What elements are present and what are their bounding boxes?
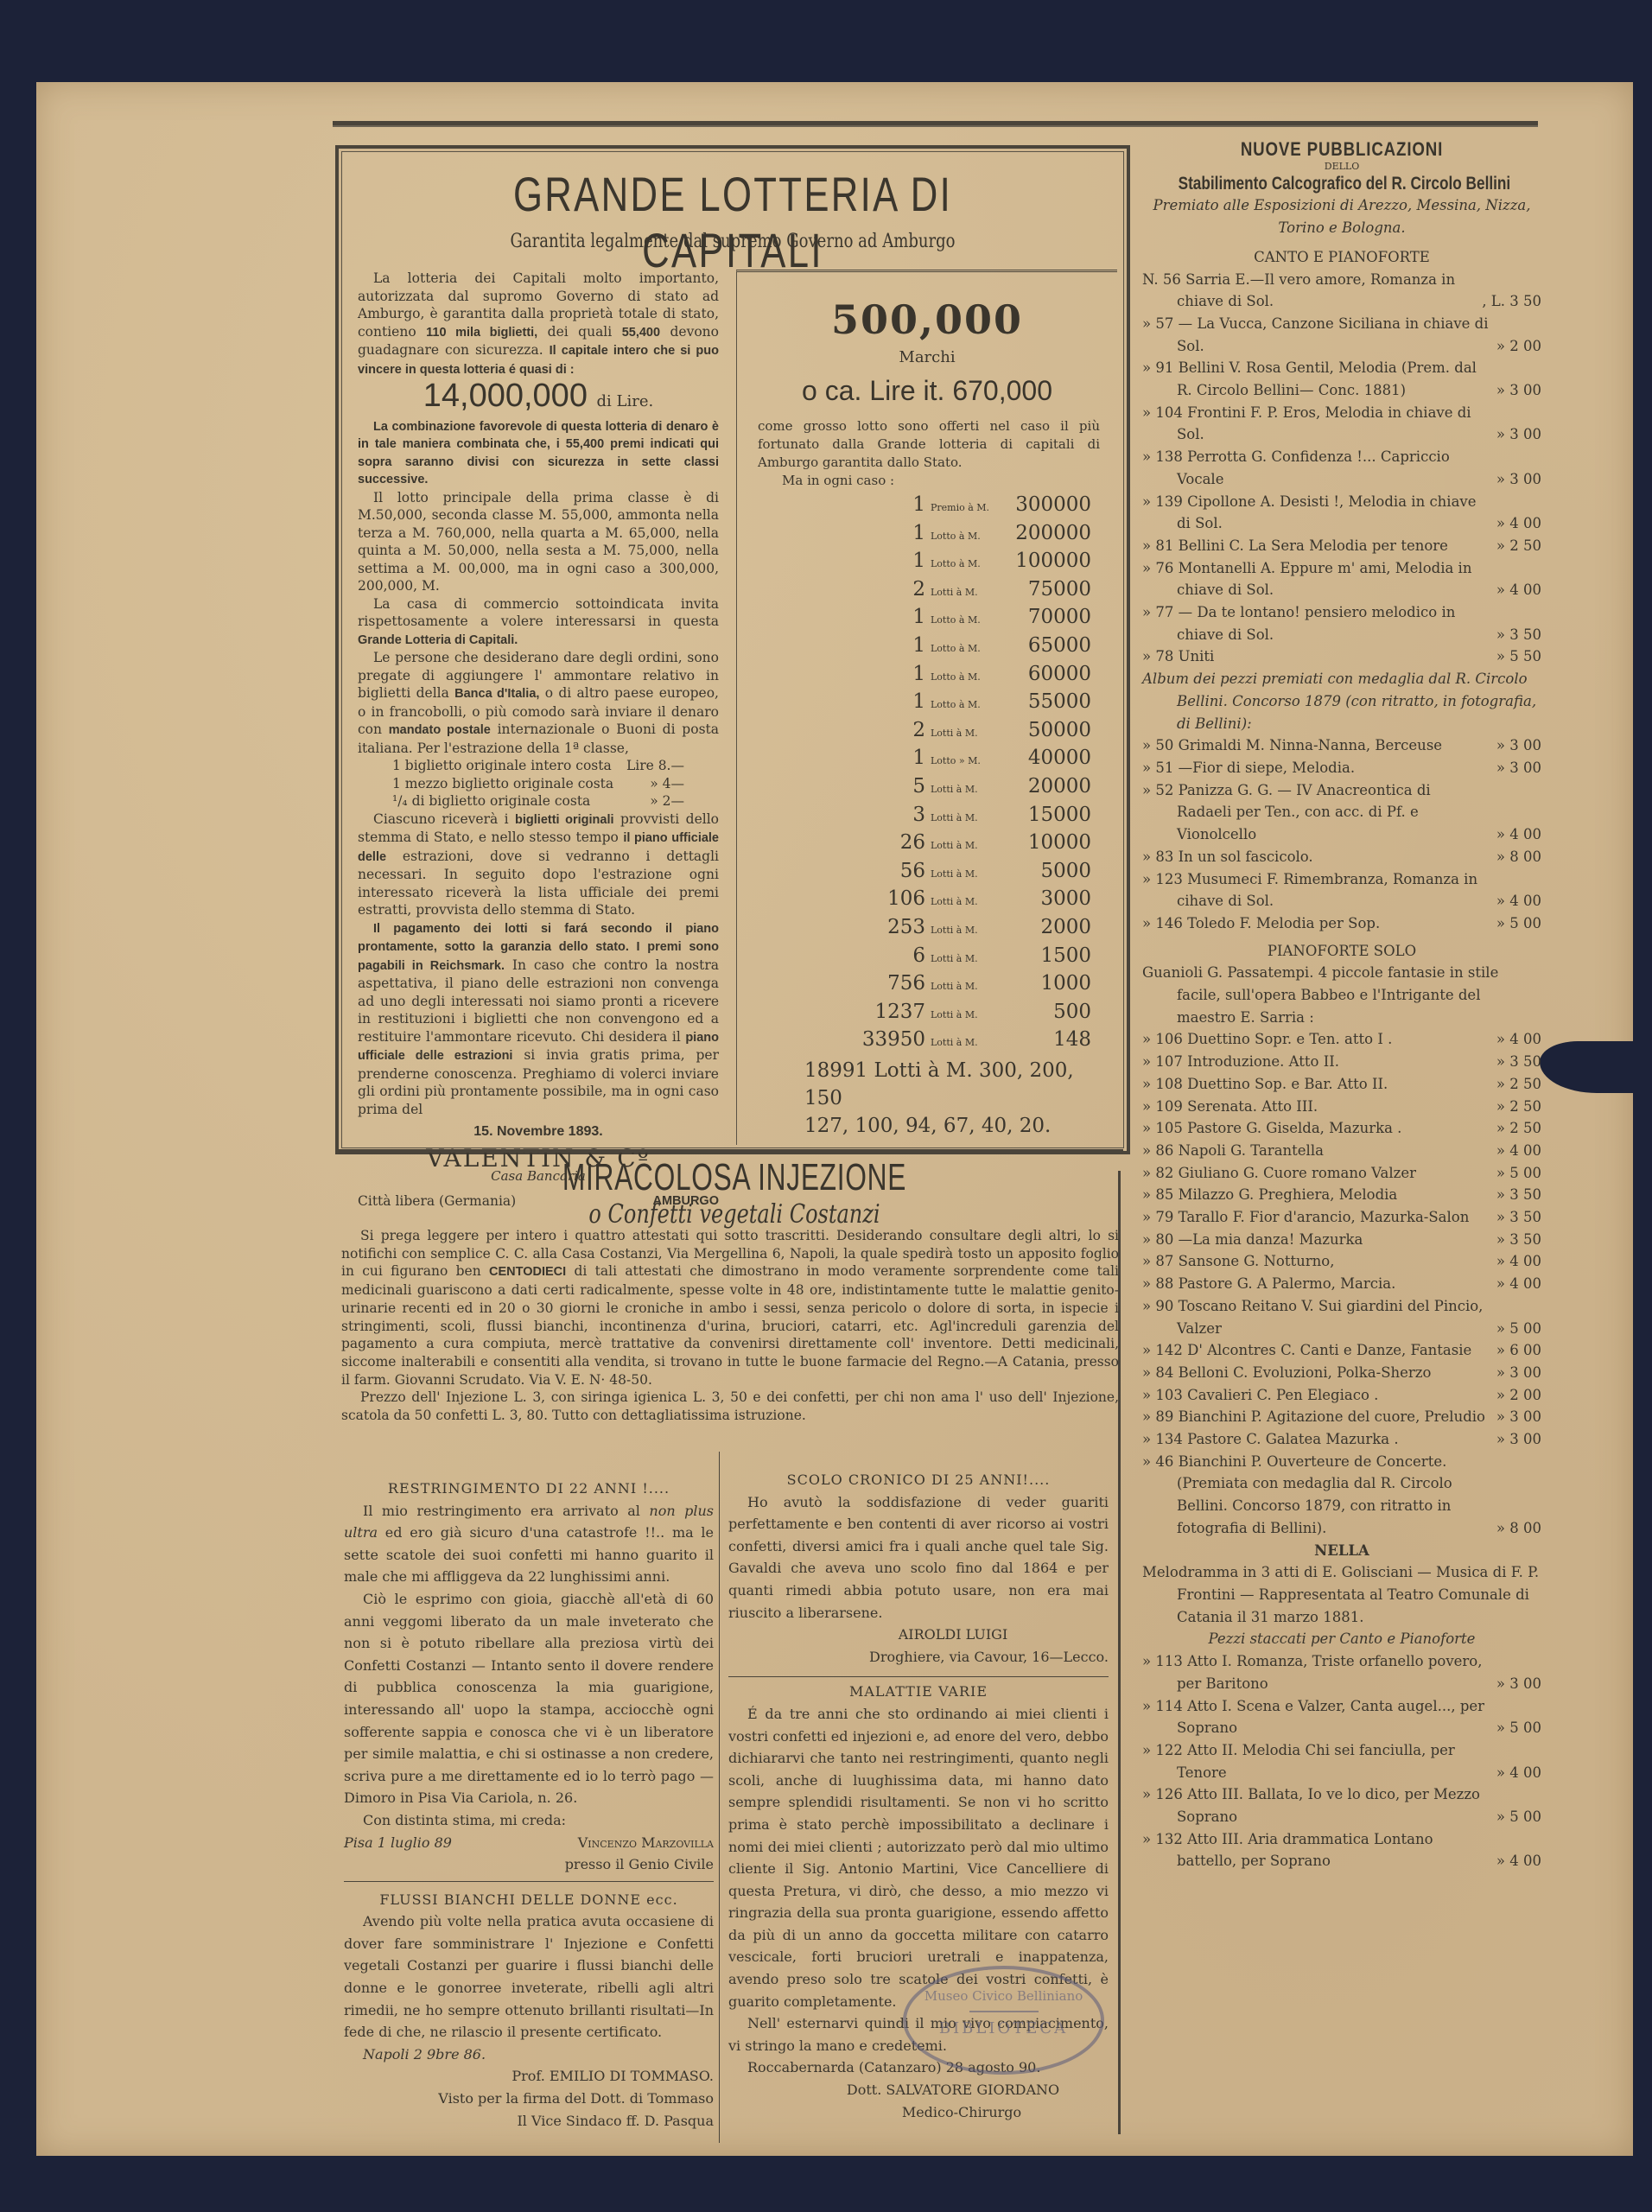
prize-value: 10000 xyxy=(1005,831,1091,854)
catalog-title: Sarria E.—Il vero amore, Romanza in chia… xyxy=(1177,271,1455,310)
prize-row: 5Lotti à M.20000 xyxy=(737,775,1117,804)
catalog-item: » 85 Milazzo G. Preghiera, Melodia» 3 50 xyxy=(1142,1184,1541,1206)
catalog-title: Duettino Sopr. e Ten. atto I . xyxy=(1187,1031,1392,1047)
prize-unit: Lotti à M. xyxy=(925,840,1005,851)
catalog-title: Serenata. Atto III. xyxy=(1187,1098,1318,1115)
catalog-item-text: » 126 Atto III. Ballata, Io ve lo dico, … xyxy=(1142,1783,1490,1827)
catalog-number: » 142 xyxy=(1142,1342,1183,1358)
catalog-price: » 8 00 xyxy=(1490,1517,1541,1540)
catalog-item: » 90 Toscano Reitano V. Sui giardini del… xyxy=(1142,1295,1541,1339)
prize-count: 253 xyxy=(737,916,925,938)
canto-list: N. 56 Sarria E.—Il vero amore, Romanza i… xyxy=(1142,269,1541,669)
prize-value: 200000 xyxy=(1005,522,1091,544)
prize-row: 253Lotti à M.2000 xyxy=(737,916,1117,944)
catalog-item: » 105 Pastore G. Giselda, Mazurka .» 2 5… xyxy=(1142,1117,1541,1140)
catalog-number: » 78 xyxy=(1142,648,1173,664)
price-row: ¹/₄ di biglietto originale costa» 2— xyxy=(358,792,719,810)
prize-count: 1 xyxy=(737,747,925,769)
catalog-number: » 50 xyxy=(1142,737,1173,753)
prize-value: 55000 xyxy=(1005,690,1091,713)
prize-unit: Lotto à M. xyxy=(925,614,1005,626)
prize-unit: Lotto à M. xyxy=(925,699,1005,710)
prize-row: 1Lotto à M.65000 xyxy=(737,634,1117,663)
prize-unit: Lotti à M. xyxy=(925,925,1005,936)
catalog-item: » 103 Cavalieri C. Pen Elegiaco .» 2 00 xyxy=(1142,1384,1541,1407)
catalog-price: » 3 50 xyxy=(1490,1184,1541,1206)
catalog-price: » 4 00 xyxy=(1490,823,1541,846)
catalog-title: — La Vucca, Canzone Siciliana in chiave … xyxy=(1177,315,1489,354)
catalog-item-text: » 106 Duettino Sopr. e Ten. atto I . xyxy=(1142,1028,1490,1051)
prize-row: 2Lotti à M.50000 xyxy=(737,719,1117,747)
catalog-number: » 57 xyxy=(1142,315,1173,332)
catalog-item-text: » 78 Uniti xyxy=(1142,645,1490,668)
tear-damage xyxy=(1540,1041,1635,1093)
prize-value: 65000 xyxy=(1005,634,1091,657)
prize-unit: Premio à M. xyxy=(925,502,1005,513)
catalog-number: » 77 xyxy=(1142,604,1173,620)
catalog-item-text: » 123 Musumeci F. Rimembranza, Romanza i… xyxy=(1142,868,1490,912)
catalog-title: Milazzo G. Preghiera, Melodia xyxy=(1179,1186,1398,1203)
catalog-title: Perrotta G. Confidenza !... Capriccio Vo… xyxy=(1177,448,1450,487)
lottery-prize-column: 500,000 Marchi o ca. Lire it. 670,000 co… xyxy=(736,270,1117,1145)
catalog-price: » 3 00 xyxy=(1490,1406,1541,1428)
catalog-price: » 3 00 xyxy=(1490,468,1541,491)
catalog-item-text: » 114 Atto I. Scena e Valzer, Canta auge… xyxy=(1142,1695,1490,1739)
prize-value: 15000 xyxy=(1005,804,1091,826)
catalog-item-text: » 104 Frontini F. P. Eros, Melodia in ch… xyxy=(1142,402,1490,446)
catalog-number: » 76 xyxy=(1142,560,1173,576)
catalog-item-text: » 89 Bianchini P. Agitazione del cuore, … xyxy=(1142,1406,1490,1428)
catalog-number: » 85 xyxy=(1142,1186,1173,1203)
catalog-number: » 107 xyxy=(1142,1053,1183,1070)
library-stamp: Museo Civico Belliniano BIBLIOTECA xyxy=(903,1966,1104,2075)
catalog-item-text: » 122 Atto II. Melodia Chi sei fanciulla… xyxy=(1142,1739,1490,1783)
catalog-number: » 81 xyxy=(1142,537,1173,554)
catalog-item: » 104 Frontini F. P. Eros, Melodia in ch… xyxy=(1142,402,1541,446)
catalog-item-text: » 76 Montanelli A. Eppure m' ami, Melodi… xyxy=(1142,557,1490,601)
lottery-subtitle: Garantita legalmente dal supremo Governo… xyxy=(410,231,1056,252)
catalog-item: » 123 Musumeci F. Rimembranza, Romanza i… xyxy=(1142,868,1541,912)
catalog-price: » 2 50 xyxy=(1490,1096,1541,1118)
prize-unit: Lotto à M. xyxy=(925,531,1005,542)
catalog-item-text: » 77 — Da te lontano! pensiero melodico … xyxy=(1142,601,1490,645)
prize-value: 20000 xyxy=(1005,775,1091,798)
catalog-item: » 126 Atto III. Ballata, Io ve lo dico, … xyxy=(1142,1783,1541,1827)
catalog-title: Atto I. Scena e Valzer, Canta augel..., … xyxy=(1177,1698,1484,1737)
catalog-title: Musumeci F. Rimembranza, Romanza in ciha… xyxy=(1177,871,1477,910)
catalog-item: » 134 Pastore C. Galatea Mazurka .» 3 00 xyxy=(1142,1428,1541,1451)
catalog-title: Bellini V. Rosa Gentil, Melodia (Prem. d… xyxy=(1177,359,1477,398)
catalog-number: » 103 xyxy=(1142,1387,1183,1403)
prize-count: 3 xyxy=(737,804,925,826)
catalog-price: » 5 00 xyxy=(1490,1717,1541,1739)
catalog-item-text: » 88 Pastore G. A Palermo, Marcia. xyxy=(1142,1273,1490,1295)
catalog-item-text: » 139 Cipollone A. Desisti !, Melodia in… xyxy=(1142,491,1490,535)
catalog-price: » 4 00 xyxy=(1490,1850,1541,1872)
catalog-item: N. 56 Sarria E.—Il vero amore, Romanza i… xyxy=(1142,269,1541,313)
catalog-item: » 106 Duettino Sopr. e Ten. atto I .» 4 … xyxy=(1142,1028,1541,1051)
catalog-number: » 123 xyxy=(1142,871,1183,887)
catalog-title: Pastore G. A Palermo, Marcia. xyxy=(1179,1275,1396,1292)
prize-value: 75000 xyxy=(1005,578,1091,601)
catalog-price: » 3 50 xyxy=(1490,1229,1541,1251)
prize-value: 2000 xyxy=(1005,916,1091,938)
prize-count: 1 xyxy=(737,550,925,572)
catalog-price: » 3 00 xyxy=(1490,1673,1541,1695)
catalog-item: » 122 Atto II. Melodia Chi sei fanciulla… xyxy=(1142,1739,1541,1783)
catalog-title: Introduzione. Atto II. xyxy=(1187,1053,1339,1070)
prize-count: 6 xyxy=(737,944,925,967)
prize-value: 5000 xyxy=(1005,860,1091,882)
catalog-number: » 80 xyxy=(1142,1231,1173,1248)
prize-row: 106Lotti à M.3000 xyxy=(737,887,1117,916)
catalog-number: » 138 xyxy=(1142,448,1183,465)
catalog-title: Giuliano G. Cuore romano Valzer xyxy=(1179,1165,1416,1181)
catalog-item-text: » 132 Atto III. Aria drammatica Lontano … xyxy=(1142,1828,1490,1872)
prize-row: 33950Lotti à M.148 xyxy=(737,1028,1117,1057)
catalog-number: N. 56 xyxy=(1142,271,1181,288)
catalog-price: » 3 00 xyxy=(1490,1428,1541,1451)
catalog-item: » 84 Belloni C. Evoluzioni, Polka-Sherzo… xyxy=(1142,1362,1541,1384)
catalog-item: » 132 Atto III. Aria drammatica Lontano … xyxy=(1142,1828,1541,1872)
prize-value: 60000 xyxy=(1005,663,1091,685)
catalog-price: » 2 00 xyxy=(1490,335,1541,358)
catalog-item: » 46 Bianchini P. Ouverteure de Concerte… xyxy=(1142,1451,1541,1540)
prize-unit: Lotti à M. xyxy=(925,953,1005,964)
catalog-item-text: » 105 Pastore G. Giselda, Mazurka . xyxy=(1142,1117,1490,1140)
catalog-item: » 52 Panizza G. G. — IV Anacreontica di … xyxy=(1142,779,1541,846)
catalog-item-text: » 103 Cavalieri C. Pen Elegiaco . xyxy=(1142,1384,1490,1407)
prize-count: 106 xyxy=(737,887,925,910)
prize-unit: Lotti à M. xyxy=(925,1037,1005,1048)
prize-unit: Lotti à M. xyxy=(925,728,1005,739)
catalog-price: » 3 00 xyxy=(1490,757,1541,779)
catalog-title: Cavalieri C. Pen Elegiaco . xyxy=(1187,1387,1378,1403)
catalog-price: » 5 00 xyxy=(1490,1318,1541,1340)
catalog-number: » 87 xyxy=(1142,1253,1173,1269)
catalog-item: » 50 Grimaldi M. Ninna-Nanna, Berceuse» … xyxy=(1142,734,1541,757)
catalog-number: » 104 xyxy=(1142,404,1183,421)
catalog-price: » 2 00 xyxy=(1490,1384,1541,1407)
prize-row: 756Lotti à M.1000 xyxy=(737,972,1117,1001)
catalog-item-text: » 82 Giuliano G. Cuore romano Valzer xyxy=(1142,1162,1490,1185)
prize-count: 1 xyxy=(737,606,925,628)
catalog-number: » 134 xyxy=(1142,1431,1183,1447)
catalog-item: » 109 Serenata. Atto III.» 2 50 xyxy=(1142,1096,1541,1118)
prize-unit: Lotti à M. xyxy=(925,868,1005,880)
prize-row: 1Lotto » M.40000 xyxy=(737,747,1117,775)
catalog-title: Uniti xyxy=(1179,648,1215,664)
lottery-advertisement: GRANDE LOTTERIA DI CAPITALI Garantita le… xyxy=(335,145,1130,1154)
catalog-item: » 91 Bellini V. Rosa Gentil, Melodia (Pr… xyxy=(1142,357,1541,401)
prize-unit: Lotti à M. xyxy=(925,812,1005,823)
catalog-price: » 4 00 xyxy=(1490,1273,1541,1295)
catalog-title: Pastore G. Giselda, Mazurka . xyxy=(1187,1120,1401,1136)
catalog-number: » 126 xyxy=(1142,1786,1183,1802)
catalog-title: Frontini F. P. Eros, Melodia in chiave d… xyxy=(1177,404,1471,443)
prize-row: 26Lotti à M.10000 xyxy=(737,831,1117,860)
jackpot: 500,000 xyxy=(737,296,1117,343)
catalog-item: » 79 Tarallo F. Fior d'arancio, Mazurka-… xyxy=(1142,1206,1541,1229)
catalog-title: Montanelli A. Eppure m' ami, Melodia in … xyxy=(1177,560,1471,599)
catalog-number: » 83 xyxy=(1142,849,1173,865)
catalog-item-text: » 83 In un sol fascicolo. xyxy=(1142,846,1490,868)
catalog-number: » 108 xyxy=(1142,1076,1183,1092)
price-row: 1 biglietto originale intero costaLire 8… xyxy=(358,757,719,775)
catalog-item-text: N. 56 Sarria E.—Il vero amore, Romanza i… xyxy=(1142,269,1475,313)
prize-unit: Lotto à M. xyxy=(925,643,1005,654)
catalog-title: Cipollone A. Desisti !, Melodia in chiav… xyxy=(1177,493,1477,532)
price-row: 1 mezzo biglietto originale costa» 4— xyxy=(358,775,719,793)
miracolosa-intro: Si prega leggere per intero i quattro at… xyxy=(341,1227,1119,1425)
catalog-item-text: » 57 — La Vucca, Canzone Siciliana in ch… xyxy=(1142,313,1490,357)
catalog-item-text: » 79 Tarallo F. Fior d'arancio, Mazurka-… xyxy=(1142,1206,1490,1229)
prize-count: 1 xyxy=(737,634,925,657)
catalog-price: » 4 00 xyxy=(1490,890,1541,912)
catalog-title: Pastore C. Galatea Mazurka . xyxy=(1187,1431,1399,1447)
catalog-item: » 78 Uniti» 5 50 xyxy=(1142,645,1541,668)
catalog-price: » 3 00 xyxy=(1490,734,1541,757)
catalog-item: » 88 Pastore G. A Palermo, Marcia.» 4 00 xyxy=(1142,1273,1541,1295)
prize-count: 1 xyxy=(737,493,925,516)
catalog-item-text: » 109 Serenata. Atto III. xyxy=(1142,1096,1490,1118)
catalog-item-text: » 85 Milazzo G. Preghiera, Melodia xyxy=(1142,1184,1490,1206)
catalog-item: » 77 — Da te lontano! pensiero melodico … xyxy=(1142,601,1541,645)
catalog-item-text: » 87 Sansone G. Notturno, xyxy=(1142,1250,1490,1273)
catalog-item-text: » 138 Perrotta G. Confidenza !... Capric… xyxy=(1142,446,1490,490)
catalog-item: » 146 Toledo F. Melodia per Sop.» 5 00 xyxy=(1142,912,1541,935)
catalog-price: , L. 3 50 xyxy=(1475,290,1541,313)
catalog-title: Bianchini P. Agitazione del cuore, Prelu… xyxy=(1179,1408,1485,1425)
catalog-price: » 4 00 xyxy=(1490,579,1541,601)
catalog-title: Bianchini P. Ouverteure de Concerte. (Pr… xyxy=(1177,1453,1452,1536)
prize-unit: Lotti à M. xyxy=(925,784,1005,795)
prize-value: 50000 xyxy=(1005,719,1091,741)
prize-count: 2 xyxy=(737,578,925,601)
catalog-item-text: » 142 D' Alcontres C. Canti e Danze, Fan… xyxy=(1142,1339,1490,1362)
catalog-title: Atto II. Melodia Chi sei fanciulla, per … xyxy=(1177,1742,1455,1781)
catalog-item: » 138 Perrotta G. Confidenza !... Capric… xyxy=(1142,446,1541,490)
lottery-left-column: La lotteria dei Capitali molto important… xyxy=(358,270,719,1210)
prize-count: 1 xyxy=(737,522,925,544)
catalog-number: » 86 xyxy=(1142,1142,1173,1159)
catalog-price: » 3 00 xyxy=(1490,379,1541,402)
prize-unit: Lotto à M. xyxy=(925,671,1005,683)
catalog-title: Atto I. Romanza, Triste orfanello povero… xyxy=(1177,1653,1482,1692)
prize-unit: Lotti à M. xyxy=(925,1009,1005,1020)
catalog-number: » 79 xyxy=(1142,1209,1173,1225)
catalog-title: In un sol fascicolo. xyxy=(1179,849,1313,865)
catalog-item: » 82 Giuliano G. Cuore romano Valzer» 5 … xyxy=(1142,1162,1541,1185)
prize-row: 56Lotti à M.5000 xyxy=(737,860,1117,888)
prize-value: 1500 xyxy=(1005,944,1091,967)
catalog-title: Belloni C. Evoluzioni, Polka-Sherzo xyxy=(1179,1364,1432,1381)
prize-unit: Lotto » M. xyxy=(925,755,1005,766)
catalog-item: » 107 Introduzione. Atto II.» 3 50 xyxy=(1142,1051,1541,1073)
prize-row: 1Lotto à M.100000 xyxy=(737,550,1117,578)
catalog-item-text: » 86 Napoli G. Tarantella xyxy=(1142,1140,1490,1162)
prize-count: 756 xyxy=(737,972,925,995)
prize-unit: Lotti à M. xyxy=(925,981,1005,992)
prize-row: 6Lotti à M.1500 xyxy=(737,944,1117,973)
catalog-item-text: » 84 Belloni C. Evoluzioni, Polka-Sherzo xyxy=(1142,1362,1490,1384)
prize-value: 1000 xyxy=(1005,972,1091,995)
catalog-title: Toscano Reitano V. Sui giardini del Pinc… xyxy=(1177,1298,1483,1337)
catalog-price: » 4 00 xyxy=(1490,1140,1541,1162)
prize-value: 500 xyxy=(1005,1001,1091,1023)
catalog-number: » 106 xyxy=(1142,1031,1183,1047)
catalog-title: — Da te lontano! pensiero melodico in ch… xyxy=(1177,604,1455,643)
catalog-item: » 51 —Fior di siepe, Melodia.» 3 00 xyxy=(1142,757,1541,779)
catalog-title: Panizza G. G. — IV Anacreontica di Radae… xyxy=(1177,782,1431,842)
column-rule xyxy=(719,1452,720,2143)
total-amount: 14,000,000 di Lire. xyxy=(358,387,719,411)
prize-count: 5 xyxy=(737,775,925,798)
catalog-item-text: » 51 —Fior di siepe, Melodia. xyxy=(1142,757,1490,779)
catalog-item: » 113 Atto I. Romanza, Triste orfanello … xyxy=(1142,1650,1541,1694)
catalog-price: » 3 00 xyxy=(1490,423,1541,446)
catalog-title: Grimaldi M. Ninna-Nanna, Berceuse xyxy=(1179,737,1442,753)
prize-count: 1237 xyxy=(737,1001,925,1023)
prize-row: 1Lotto à M.60000 xyxy=(737,663,1117,691)
prize-value: 300000 xyxy=(1005,493,1091,516)
catalog-item-text: » 113 Atto I. Romanza, Triste orfanello … xyxy=(1142,1650,1490,1694)
publications-column: NUOVE PUBBLICAZIONI DELLO Stabilimento C… xyxy=(1142,138,1541,1872)
prize-row: 1Premio à M.300000 xyxy=(737,493,1117,522)
catalog-number: » 88 xyxy=(1142,1275,1173,1292)
catalog-title: —La mia danza! Mazurka xyxy=(1179,1231,1363,1248)
catalog-title: Sansone G. Notturno, xyxy=(1179,1253,1335,1269)
catalog-item-text: » 90 Toscano Reitano V. Sui giardini del… xyxy=(1142,1295,1490,1339)
catalog-number: » 146 xyxy=(1142,915,1183,931)
catalog-item-text: » 108 Duettino Sop. e Bar. Atto II. xyxy=(1142,1073,1490,1096)
deadline: 15. Novembre 1893. xyxy=(358,1123,719,1141)
catalog-number: » 113 xyxy=(1142,1653,1183,1669)
prize-count: 1 xyxy=(737,690,925,713)
catalog-number: » 51 xyxy=(1142,760,1173,776)
catalog-price: » 4 00 xyxy=(1490,1250,1541,1273)
catalog-item-text: » 46 Bianchini P. Ouverteure de Concerte… xyxy=(1142,1451,1490,1540)
prize-table: 1Premio à M.3000001Lotto à M.2000001Lott… xyxy=(737,493,1117,1057)
catalog-item: » 57 — La Vucca, Canzone Siciliana in ch… xyxy=(1142,313,1541,357)
catalog-item-text: » 134 Pastore C. Galatea Mazurka . xyxy=(1142,1428,1490,1451)
prize-count: 56 xyxy=(737,860,925,882)
catalog-title: Duettino Sop. e Bar. Atto II. xyxy=(1187,1076,1388,1092)
prize-value: 148 xyxy=(1005,1028,1091,1051)
catalog-item: » 76 Montanelli A. Eppure m' ami, Melodi… xyxy=(1142,557,1541,601)
catalog-item-text: » 80 —La mia danza! Mazurka xyxy=(1142,1229,1490,1251)
catalog-item: » 81 Bellini C. La Sera Melodia per teno… xyxy=(1142,535,1541,557)
catalog-item-text: » 50 Grimaldi M. Ninna-Nanna, Berceuse xyxy=(1142,734,1490,757)
catalog-price: » 3 50 xyxy=(1490,1051,1541,1073)
catalog-item: » 80 —La mia danza! Mazurka» 3 50 xyxy=(1142,1229,1541,1251)
catalog-number: » 91 xyxy=(1142,359,1173,376)
prize-value: 70000 xyxy=(1005,606,1091,628)
testimonials-left: RESTRINGIMENTO DI 22 ANNI !.... Il mio r… xyxy=(344,1478,714,2132)
nella-list: » 113 Atto I. Romanza, Triste orfanello … xyxy=(1142,1650,1541,1872)
catalog-number: » 46 xyxy=(1142,1453,1173,1470)
catalog-title: Toledo F. Melodia per Sop. xyxy=(1187,915,1380,931)
miracolosa-subtitle: o Confetti vegetali Costanzi xyxy=(416,1199,1052,1230)
prize-row: 1Lotto à M.55000 xyxy=(737,690,1117,719)
catalog-price: » 4 00 xyxy=(1490,1762,1541,1784)
catalog-item: » 89 Bianchini P. Agitazione del cuore, … xyxy=(1142,1406,1541,1428)
catalog-price: » 3 50 xyxy=(1490,1206,1541,1229)
catalog-number: » 114 xyxy=(1142,1698,1183,1714)
catalog-number: » 132 xyxy=(1142,1831,1183,1847)
prize-unit: Lotti à M. xyxy=(925,587,1005,598)
top-rule xyxy=(333,121,1538,127)
catalog-number: » 105 xyxy=(1142,1120,1183,1136)
catalog-number: » 139 xyxy=(1142,493,1183,510)
catalog-price: » 5 00 xyxy=(1490,1806,1541,1828)
catalog-number: » 122 xyxy=(1142,1742,1183,1758)
catalog-title: Atto III. Ballata, Io ve lo dico, per Me… xyxy=(1177,1786,1480,1825)
catalog-number: » 84 xyxy=(1142,1364,1173,1381)
prize-count: 33950 xyxy=(737,1028,925,1051)
prize-row: 1Lotto à M.70000 xyxy=(737,606,1117,634)
catalog-item: » 139 Cipollone A. Desisti !, Melodia in… xyxy=(1142,491,1541,535)
catalog-number: » 90 xyxy=(1142,1298,1173,1314)
catalog-price: » 4 00 xyxy=(1490,512,1541,535)
catalog-item: » 142 D' Alcontres C. Canti e Danze, Fan… xyxy=(1142,1339,1541,1362)
catalog-price: » 8 00 xyxy=(1490,846,1541,868)
jackpot-lire: o ca. Lire it. 670,000 xyxy=(737,375,1117,407)
prize-count: 2 xyxy=(737,719,925,741)
catalog-number: » 109 xyxy=(1142,1098,1183,1115)
catalog-price: » 2 50 xyxy=(1490,1073,1541,1096)
catalog-price: » 5 00 xyxy=(1490,912,1541,935)
catalog-price: » 5 00 xyxy=(1490,1162,1541,1185)
catalog-item: » 114 Atto I. Scena e Valzer, Canta auge… xyxy=(1142,1695,1541,1739)
catalog-number: » 52 xyxy=(1142,782,1173,798)
catalog-title: Napoli G. Tarantella xyxy=(1179,1142,1324,1159)
miracolosa-title: MIRACOLOSA INJEZIONE xyxy=(448,1156,1020,1199)
lottery-title: GRANDE LOTTERIA DI CAPITALI xyxy=(425,166,1039,278)
prize-value: 3000 xyxy=(1005,887,1091,910)
prize-value: 40000 xyxy=(1005,747,1091,769)
album-list: » 50 Grimaldi M. Ninna-Nanna, Berceuse» … xyxy=(1142,734,1541,934)
section-rule xyxy=(335,1149,1123,1153)
prize-row: 3Lotti à M.15000 xyxy=(737,804,1117,832)
catalog-title: D' Alcontres C. Canti e Danze, Fantasie xyxy=(1187,1342,1471,1358)
prize-unit: Lotti à M. xyxy=(925,896,1005,907)
catalog-price: » 2 50 xyxy=(1490,535,1541,557)
catalog-item-text: » 81 Bellini C. La Sera Melodia per teno… xyxy=(1142,535,1490,557)
prize-row: 2Lotti à M.75000 xyxy=(737,578,1117,607)
catalog-title: —Fior di siepe, Melodia. xyxy=(1179,760,1356,776)
prize-row: 1Lotto à M.200000 xyxy=(737,522,1117,550)
catalog-title: Bellini C. La Sera Melodia per tenore xyxy=(1179,537,1448,554)
catalog-item-text: » 91 Bellini V. Rosa Gentil, Melodia (Pr… xyxy=(1142,357,1490,401)
prize-count: 26 xyxy=(737,831,925,854)
catalog-number: » 89 xyxy=(1142,1408,1173,1425)
catalog-number: » 82 xyxy=(1142,1165,1173,1181)
catalog-item-text: » 146 Toledo F. Melodia per Sop. xyxy=(1142,912,1490,935)
prize-value: 100000 xyxy=(1005,550,1091,572)
catalog-item-text: » 52 Panizza G. G. — IV Anacreontica di … xyxy=(1142,779,1490,846)
catalog-item: » 108 Duettino Sop. e Bar. Atto II.» 2 5… xyxy=(1142,1073,1541,1096)
catalog-item: » 86 Napoli G. Tarantella» 4 00 xyxy=(1142,1140,1541,1162)
catalog-price: » 3 00 xyxy=(1490,1362,1541,1384)
catalog-price: » 2 50 xyxy=(1490,1117,1541,1140)
piano-list: » 106 Duettino Sopr. e Ten. atto I .» 4 … xyxy=(1142,1028,1541,1539)
catalog-item: » 87 Sansone G. Notturno,» 4 00 xyxy=(1142,1250,1541,1273)
prize-row: 1237Lotti à M.500 xyxy=(737,1001,1117,1029)
catalog-price: » 6 00 xyxy=(1490,1339,1541,1362)
catalog-title: Atto III. Aria drammatica Lontano battel… xyxy=(1177,1831,1433,1870)
prize-unit: Lotto à M. xyxy=(925,558,1005,569)
